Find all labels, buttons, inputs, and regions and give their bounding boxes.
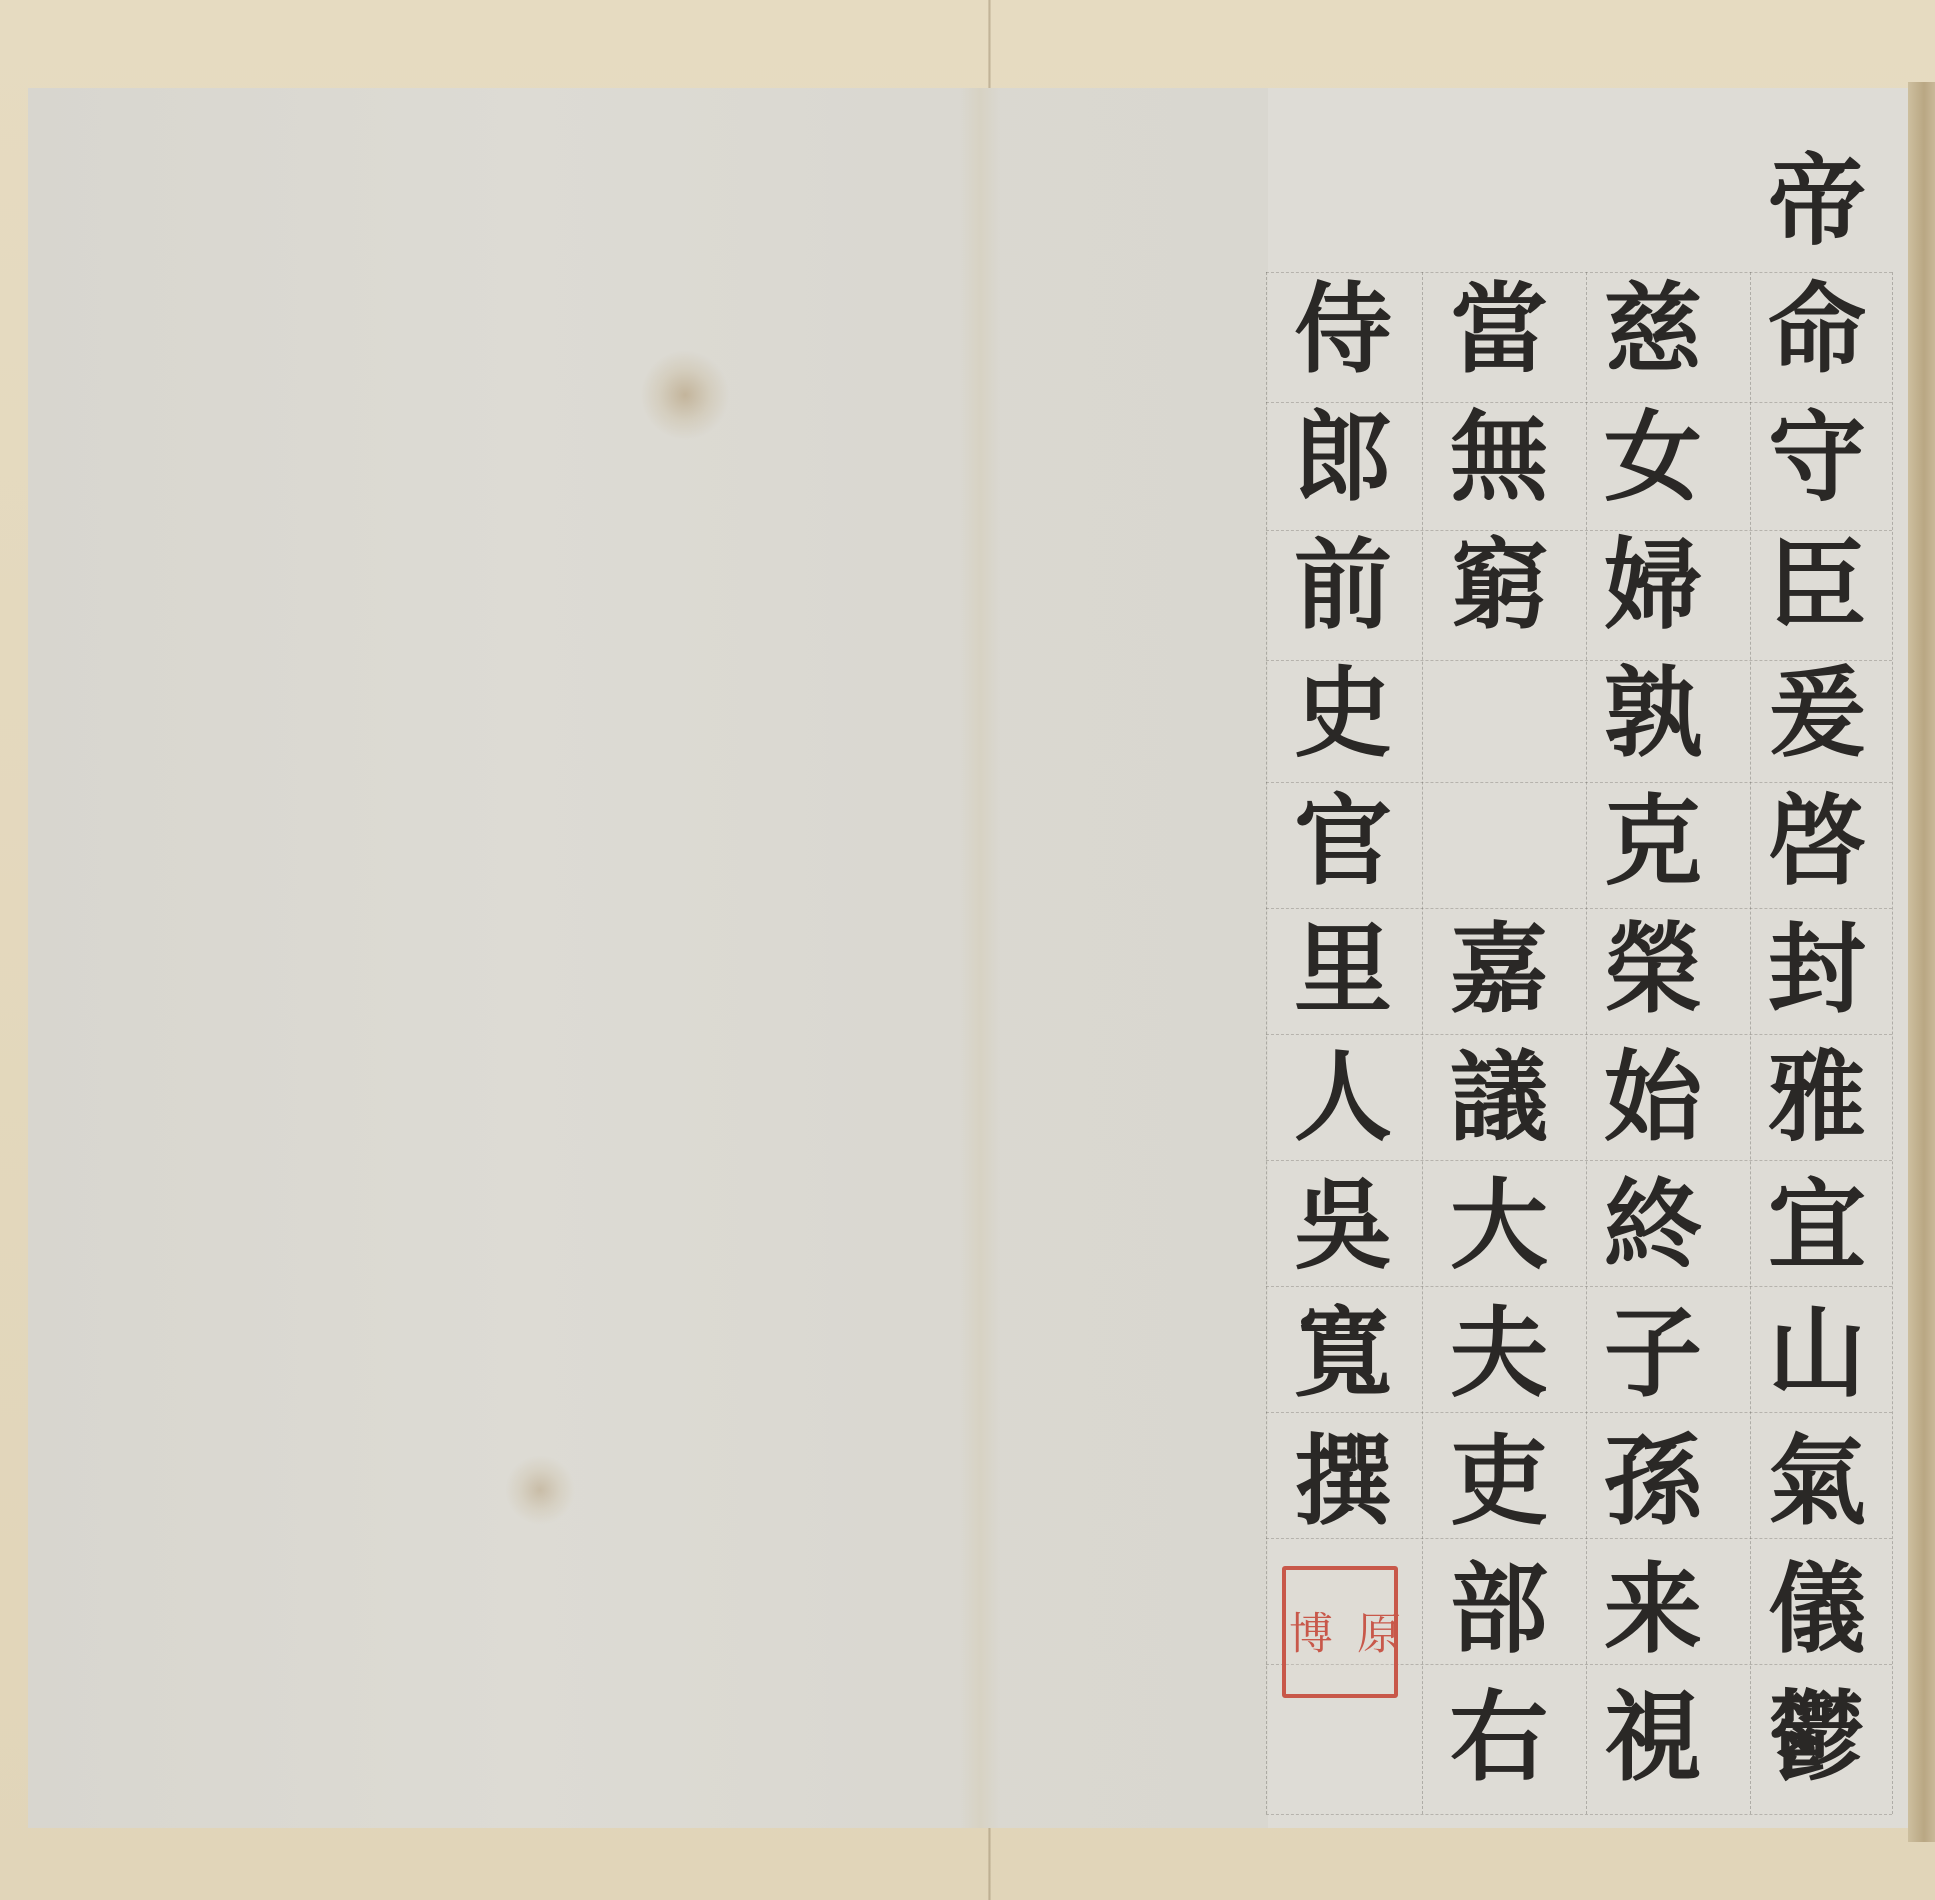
character <box>1268 138 1418 266</box>
character: 来 <box>1578 1546 1728 1674</box>
character: 寬 <box>1268 1290 1418 1418</box>
character: 人 <box>1268 1034 1418 1162</box>
character: 里 <box>1268 906 1418 1034</box>
foxing-stain <box>640 350 730 440</box>
text-column-3: 當 無 窮 嘉 議 大 夫 吏 部 右 <box>1424 138 1574 1802</box>
character: 氣 <box>1742 1418 1892 1546</box>
character: 吏 <box>1424 1418 1574 1546</box>
character: 窮 <box>1424 522 1574 650</box>
character: 雅 <box>1742 1034 1892 1162</box>
character: 嘉 <box>1424 906 1574 1034</box>
character: 吳 <box>1268 1162 1418 1290</box>
character <box>1424 138 1574 266</box>
character: 終 <box>1578 1162 1728 1290</box>
character: 撰 <box>1268 1418 1418 1546</box>
red-seal-stamp: 原 博 <box>1282 1566 1398 1698</box>
foxing-stain <box>505 1455 575 1525</box>
text-column-2: 慈 女 婦 孰 克 榮 始 終 子 孫 来 視 <box>1578 138 1728 1802</box>
character: 封 <box>1742 906 1892 1034</box>
character: 孫 <box>1578 1418 1728 1546</box>
character: 榮 <box>1578 906 1728 1034</box>
character: 鬱 <box>1742 1674 1892 1802</box>
character: 儀 <box>1742 1546 1892 1674</box>
character: 克 <box>1578 778 1728 906</box>
character: 議 <box>1424 1034 1574 1162</box>
center-crease <box>960 88 1000 1828</box>
character <box>1424 650 1574 778</box>
character: 大 <box>1424 1162 1574 1290</box>
character: 當 <box>1424 266 1574 394</box>
character: 子 <box>1578 1290 1728 1418</box>
character: 女 <box>1578 394 1728 522</box>
character: 右 <box>1424 1674 1574 1802</box>
seal-character: 原 <box>1342 1610 1406 1654</box>
character <box>1424 778 1574 906</box>
character: 命 <box>1742 266 1892 394</box>
character <box>1578 138 1728 266</box>
character: 無 <box>1424 394 1574 522</box>
character: 始 <box>1578 1034 1728 1162</box>
character: 宜 <box>1742 1162 1892 1290</box>
seal-character: 博 <box>1274 1610 1338 1654</box>
character: 夫 <box>1424 1290 1574 1418</box>
text-column-1: 帝 命 守 臣 爰 啓 封 雅 宜 山 氣 儀 鬱 <box>1742 138 1892 1802</box>
character: 侍 <box>1268 266 1418 394</box>
character: 視 <box>1578 1674 1728 1802</box>
character: 孰 <box>1578 650 1728 778</box>
character: 山 <box>1742 1290 1892 1418</box>
character: 慈 <box>1578 266 1728 394</box>
character: 官 <box>1268 778 1418 906</box>
character: 史 <box>1268 650 1418 778</box>
character: 婦 <box>1578 522 1728 650</box>
character: 前 <box>1268 522 1418 650</box>
character: 臣 <box>1742 522 1892 650</box>
character: 爰 <box>1742 650 1892 778</box>
character: 守 <box>1742 394 1892 522</box>
text-column-4-signature: 侍 郎 前 史 官 里 人 吳 寬 撰 <box>1268 138 1418 1546</box>
character: 啓 <box>1742 778 1892 906</box>
character: 部 <box>1424 1546 1574 1674</box>
character: 郎 <box>1268 394 1418 522</box>
blank-left-page <box>28 88 1268 1828</box>
character: 帝 <box>1742 138 1892 266</box>
mount-right-edge <box>1908 82 1935 1842</box>
